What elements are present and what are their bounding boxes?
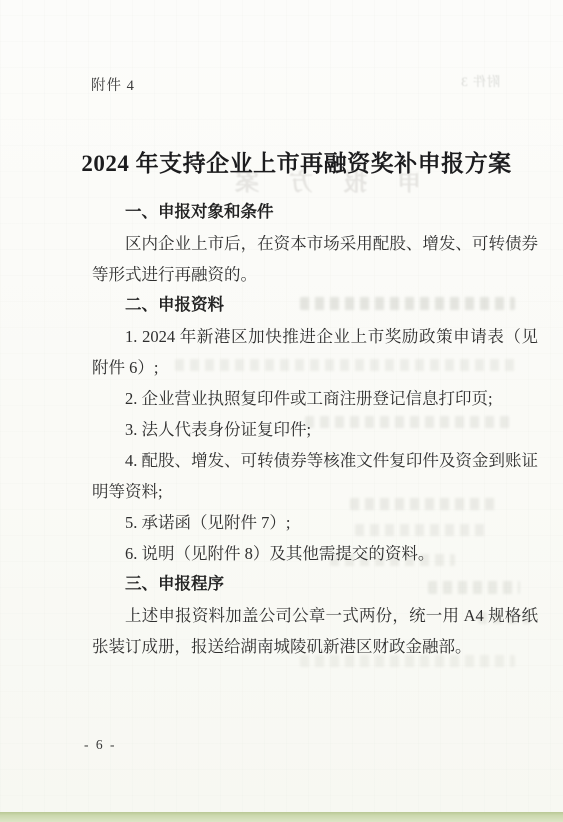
page-number: - 6 - [84,737,117,753]
document-title: 2024 年支持企业上市再融资奖补申报方案 [60,145,533,178]
section-2-item-5: 5. 承诺函（见附件 7）; [92,507,538,538]
document-body: 一、申报对象和条件 区内企业上市后，在资本市场采用配股、增发、可转债券等形式进行… [92,197,538,662]
section-heading-1: 一、申报对象和条件 [92,197,538,228]
section-2-item-4: 4. 配股、增发、可转债券等核准文件复印件及资金到账证明等资料; [92,445,538,507]
section-2-item-3: 3. 法人代表身份证复印件; [92,414,538,445]
bleedthrough-attachment-label: 附件 3 [430,71,500,90]
scan-edge-strip [0,812,563,822]
section-2-item-2: 2. 企业营业执照复印件或工商注册登记信息打印页; [92,383,538,414]
section-heading-2: 二、申报资料 [92,290,538,321]
section-2-item-1: 1. 2024 年新港区加快推进企业上市奖励政策申请表（见附件 6）; [92,321,538,383]
attachment-label: 附件 4 [91,74,135,95]
section-2-item-6: 6. 说明（见附件 8）及其他需提交的资料。 [92,538,538,569]
section-3-paragraph: 上述申报资料加盖公司公章一式两份，统一用 A4 规格纸张装订成册，报送给湖南城陵… [92,600,538,662]
document-page: 附件 3 申报方案 附件 4 2024 年支持企业上市再融资奖补申报方案 一、申… [0,0,563,822]
section-heading-3: 三、申报程序 [92,569,538,600]
section-1-paragraph: 区内企业上市后，在资本市场采用配股、增发、可转债券等形式进行再融资的。 [92,228,538,290]
